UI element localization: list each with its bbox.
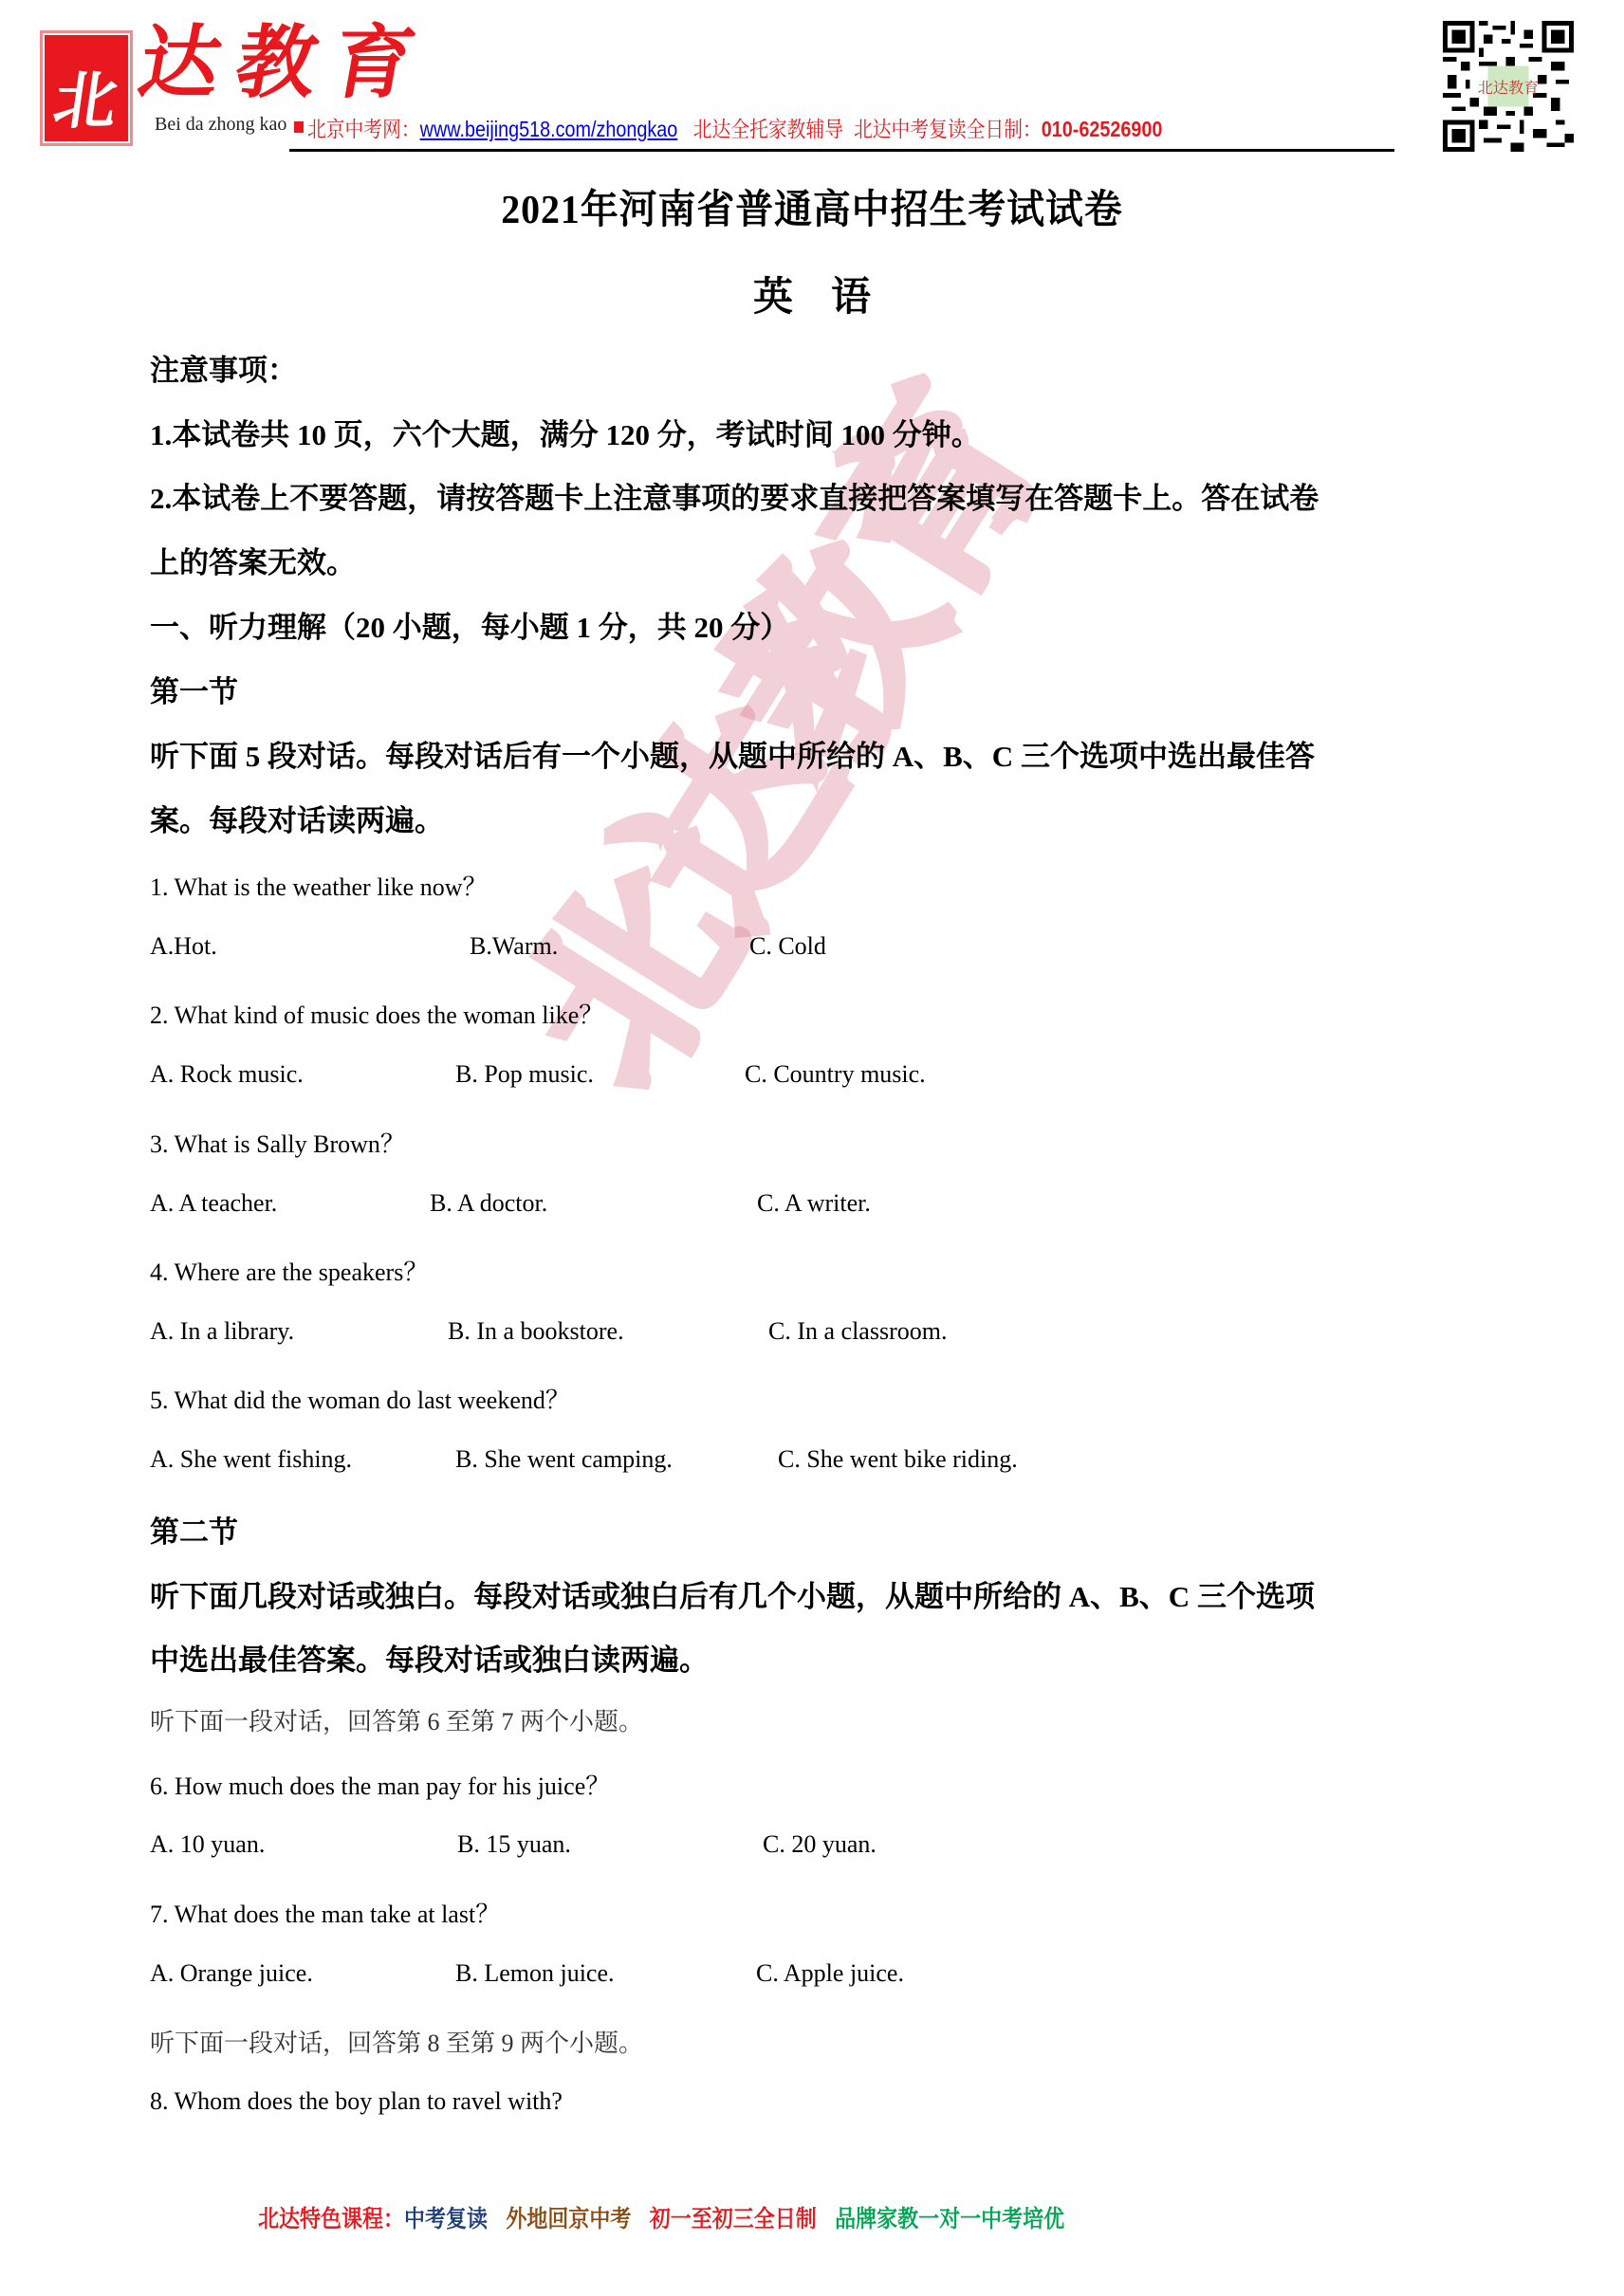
footer-courses: 北达特色课程：中考复读外地回京中考初一至初三全日制品牌家教一对一中考培优 [258, 2200, 1083, 2234]
notice-item-1: 1.本试卷共 10 页，六个大题，满分 120 分，考试时间 100 分钟。 [150, 411, 981, 453]
question-8: 8. Whom does the boy plan to ravel with? [150, 2087, 563, 2116]
part-1-instructions-1: 听下面 5 段对话。每段对话后有一个小题，从题中所给的 A、B、C 三个选项中选… [150, 732, 1315, 775]
q3-option-c: C. A writer. [757, 1189, 871, 1218]
q2-option-b: B. Pop music. [455, 1060, 594, 1089]
qr-code-icon: 北达教育 [1443, 21, 1574, 152]
q5-option-a: A. She went fishing. [150, 1445, 352, 1474]
q1-option-b: B.Warm. [470, 932, 558, 961]
hint-q8-q9: 听下面一段对话，回答第 8 至第 9 两个小题。 [150, 2024, 643, 2059]
q2-option-c: C. Country music. [745, 1060, 926, 1089]
notice-item-2-cont: 上的答案无效。 [150, 539, 356, 581]
q7-option-c: C. Apple juice. [756, 1959, 904, 1988]
service-tutoring: 北达全托家教辅导 [693, 117, 843, 141]
q1-option-c: C. Cold [749, 932, 826, 961]
q2-option-a: A. Rock music. [150, 1060, 304, 1089]
footer-label: 北达特色课程： [258, 2206, 404, 2232]
q4-option-c: C. In a classroom. [768, 1317, 947, 1346]
question-5: 5. What did the woman do last weekend？ [150, 1381, 570, 1416]
q7-option-a: A. Orange juice. [150, 1959, 313, 1988]
q3-option-b: B. A doctor. [430, 1189, 547, 1218]
logo-english: Bei da zhong kao [155, 114, 286, 136]
header-divider [289, 149, 1394, 152]
subject-title: 英语 [0, 266, 1624, 322]
service-repeat-label: 北达中考复读全日制： [854, 117, 1042, 141]
question-2: 2. What kind of music does the woman lik… [150, 996, 603, 1031]
q7-option-b: B. Lemon juice. [455, 1959, 615, 1988]
part-1-heading: 第一节 [150, 668, 238, 710]
site-link[interactable]: www.beijing518.com/zhongkao [420, 117, 678, 141]
part-2-heading: 第二节 [150, 1508, 238, 1551]
q5-option-b: B. She went camping. [455, 1445, 673, 1474]
logo-wordmark: 达教育 [134, 23, 438, 102]
logo-mark: 北 [40, 30, 133, 146]
notice-item-2: 2.本试卷上不要答题，请按答题卡上注意事项的要求直接把答案填写在答题卡上。答在试… [150, 474, 1319, 517]
footer-course-repeat: 中考复读 [404, 2206, 488, 2232]
question-7: 7. What does the man take at last？ [150, 1895, 500, 1930]
site-label: 北京中考网： [307, 117, 420, 141]
q6-option-a: A. 10 yuan. [150, 1830, 265, 1859]
bullet-square-icon [294, 121, 304, 133]
footer-course-return: 外地回京中考 [506, 2206, 631, 2232]
hint-q6-q7: 听下面一段对话，回答第 6 至第 7 两个小题。 [150, 1702, 643, 1737]
q1-option-a: A.Hot. [150, 932, 217, 961]
logo-glyph: 北 [36, 50, 136, 140]
part-1-instructions-2: 案。每段对话读两遍。 [150, 797, 444, 839]
question-1: 1. What is the weather like now？ [150, 868, 487, 903]
part-2-instructions-1: 听下面几段对话或独白。每段对话或独白后有几个小题，从题中所给的 A、B、C 三个… [150, 1572, 1315, 1615]
q3-option-a: A. A teacher. [150, 1189, 277, 1218]
question-6: 6. How much does the man pay for his jui… [150, 1767, 610, 1802]
q5-option-c: C. She went bike riding. [778, 1445, 1018, 1474]
q4-option-a: A. In a library. [150, 1317, 294, 1346]
q6-option-c: C. 20 yuan. [763, 1830, 877, 1859]
page-title: 2021年河南省普通高中招生考试试卷 [41, 178, 1583, 235]
part-2-instructions-2: 中选出最佳答案。每段对话或独白读两遍。 [150, 1636, 709, 1679]
notice-heading: 注意事项： [150, 346, 297, 389]
header-info-bar: 北京中考网：www.beijing518.com/zhongkao 北达全托家教… [307, 112, 1162, 143]
q4-option-b: B. In a bookstore. [448, 1317, 624, 1346]
footer-course-tutoring: 品牌家教一对一中考培优 [835, 2206, 1064, 2232]
question-3: 3. What is Sally Brown？ [150, 1125, 405, 1160]
q6-option-b: B. 15 yuan. [457, 1830, 571, 1859]
phone-number: 010-62526900 [1042, 117, 1163, 141]
section-heading: 一、听力理解（20 小题，每小题 1 分，共 20 分） [150, 603, 789, 646]
qr-center-label: 北达教育 [1478, 79, 1540, 97]
footer-course-fulltime: 初一至初三全日制 [650, 2206, 817, 2232]
question-4: 4. Where are the speakers？ [150, 1253, 428, 1288]
